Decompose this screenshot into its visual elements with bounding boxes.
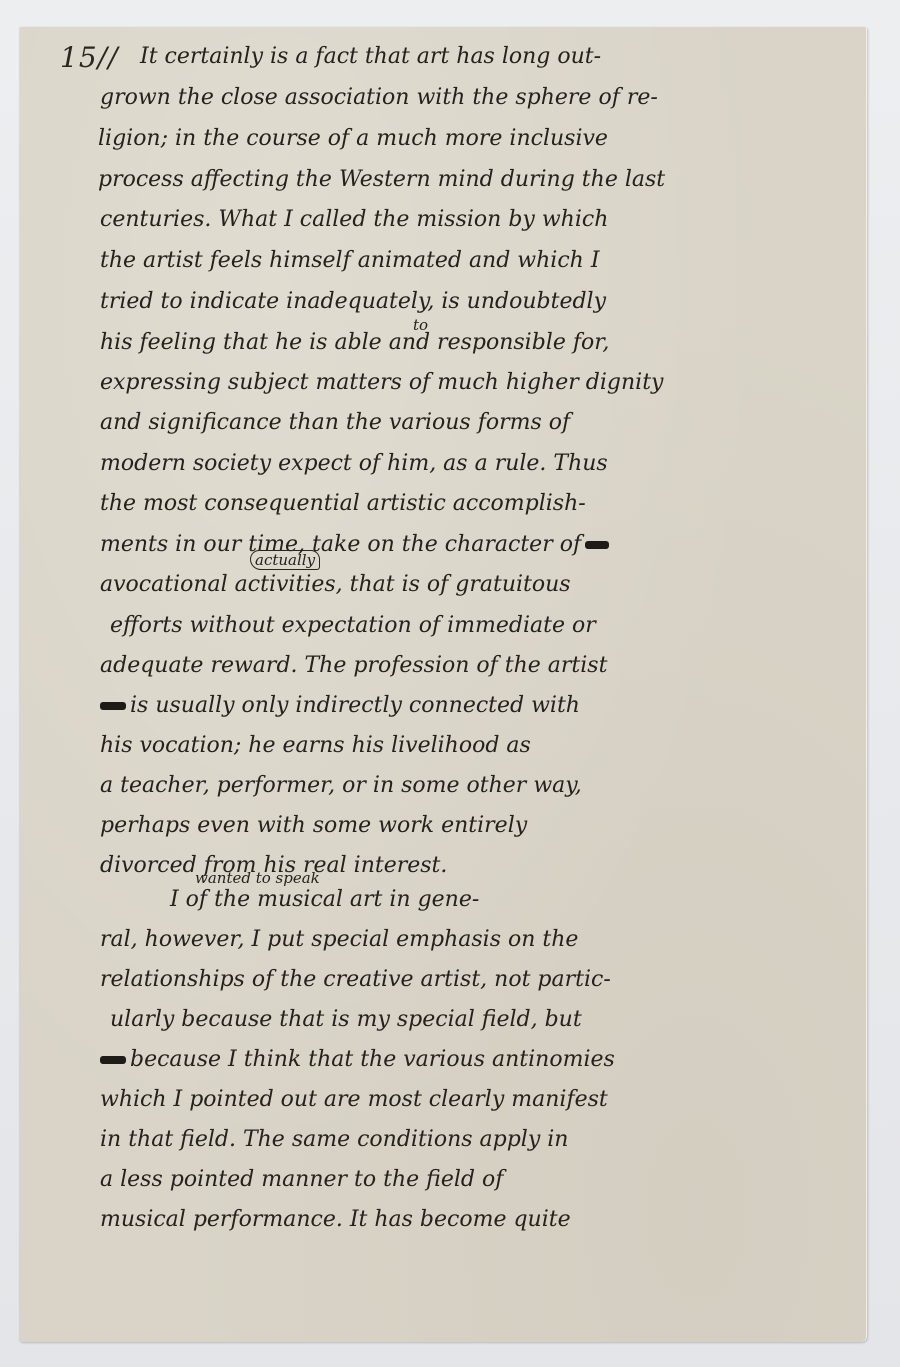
manuscript-line-12: the most consequential artistic accompli… [100,491,586,516]
manuscript-line-24: relationships of the creative artist, no… [100,967,611,992]
manuscript-line-19: a teacher, performer, or in some other w… [100,773,582,798]
manuscript-line-25: ularly because that is my special field,… [110,1007,582,1032]
manuscript-line-3: ligion; in the course of a much more inc… [98,126,608,151]
manuscript-line-13: ments in our time, take on the character… [100,532,613,557]
manuscript-line-2: grown the close association with the sph… [100,85,658,110]
manuscript-line-30: musical performance. It has become quite [100,1207,571,1232]
manuscript-line-9: expressing subject matters of much highe… [100,370,663,395]
page-number: 15// [60,41,119,74]
manuscript-line-16: adequate reward. The profession of the a… [100,653,607,678]
struck-word-blot [100,702,126,710]
manuscript-line-7: tried to indicate inadequately, is undou… [100,289,606,314]
manuscript-line-5: centuries. What I called the mission by … [100,207,608,232]
manuscript-line-17: is usually only indirectly connected wit… [100,693,580,718]
circled-insertion-actually: actually [250,550,320,570]
manuscript-page: 15// It certainly is a fact that art has… [20,27,867,1342]
manuscript-line-1: It certainly is a fact that art has long… [140,44,840,69]
manuscript-line-14: avocational activities, that is of gratu… [100,572,571,597]
manuscript-line-26: because I think that the various antinom… [100,1047,615,1072]
interlinear-insertion-wanted-to-speak: wanted to speak [195,869,320,887]
struck-word-blot [100,1056,126,1064]
manuscript-line-22: I of the musical art in gene- [170,887,479,912]
manuscript-line-4: process affecting the Western mind durin… [98,167,665,192]
manuscript-line-11: modern society expect of him, as a rule.… [100,451,608,476]
manuscript-line-18: his vocation; he earns his livelihood as [100,733,531,758]
manuscript-line-8: his feeling that he is able and responsi… [100,330,609,355]
manuscript-line-15: efforts without expectation of immediate… [110,613,596,638]
manuscript-line-29: a less pointed manner to the field of [100,1167,503,1192]
manuscript-line-10: and significance than the various forms … [100,410,570,435]
manuscript-line-23: ral, however, I put special emphasis on … [100,927,578,952]
struck-word-blot [585,541,609,549]
manuscript-line-27: which I pointed out are most clearly man… [100,1087,608,1112]
manuscript-line-20: perhaps even with some work entirely [100,813,527,838]
manuscript-line-6: the artist feels himself animated and wh… [100,248,600,273]
manuscript-line-28: in that field. The same conditions apply… [100,1127,568,1152]
